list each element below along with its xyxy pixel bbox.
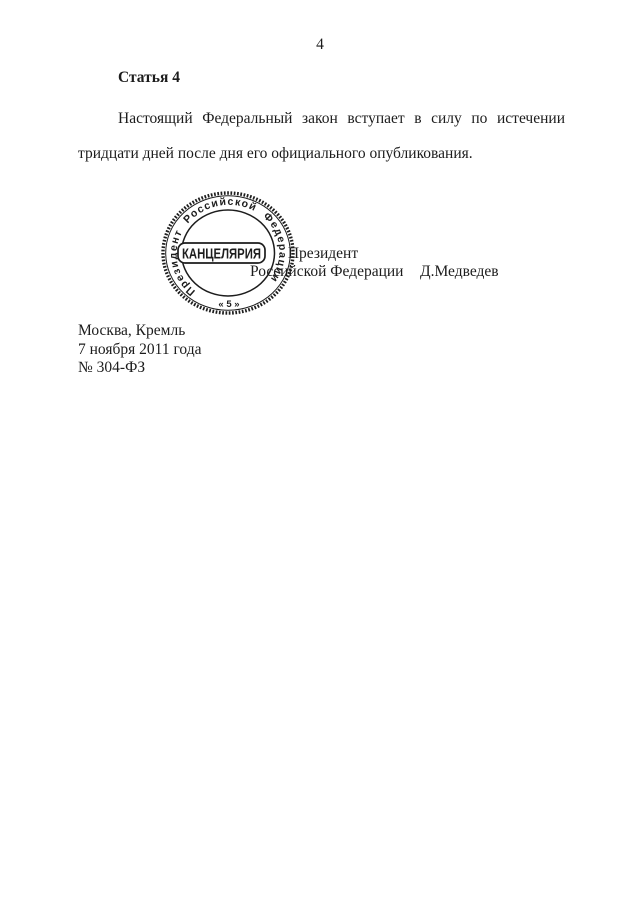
issuance-date: 7 ноября 2011 года xyxy=(78,341,202,360)
stamp-center-label: КАНЦЕЛЯРИЯ xyxy=(182,247,261,263)
article-body-paragraph: Настоящий Федеральный закон вступает в с… xyxy=(78,101,565,171)
signature-name: Д.Медведев xyxy=(420,263,499,281)
issuance-block: Москва, Кремль 7 ноября 2011 года № 304-… xyxy=(78,322,202,378)
issuance-number: № 304-ФЗ xyxy=(78,359,202,378)
page-number: 4 xyxy=(0,36,640,54)
document-page: 4 Статья 4 Настоящий Федеральный закон в… xyxy=(0,0,640,905)
stamp-number: « 5 » xyxy=(218,299,239,310)
issuance-place: Москва, Кремль xyxy=(78,322,202,341)
article-heading: Статья 4 xyxy=(118,69,180,87)
chancellery-stamp: Президент Российской Федерации « 5 » КАН… xyxy=(157,187,299,319)
